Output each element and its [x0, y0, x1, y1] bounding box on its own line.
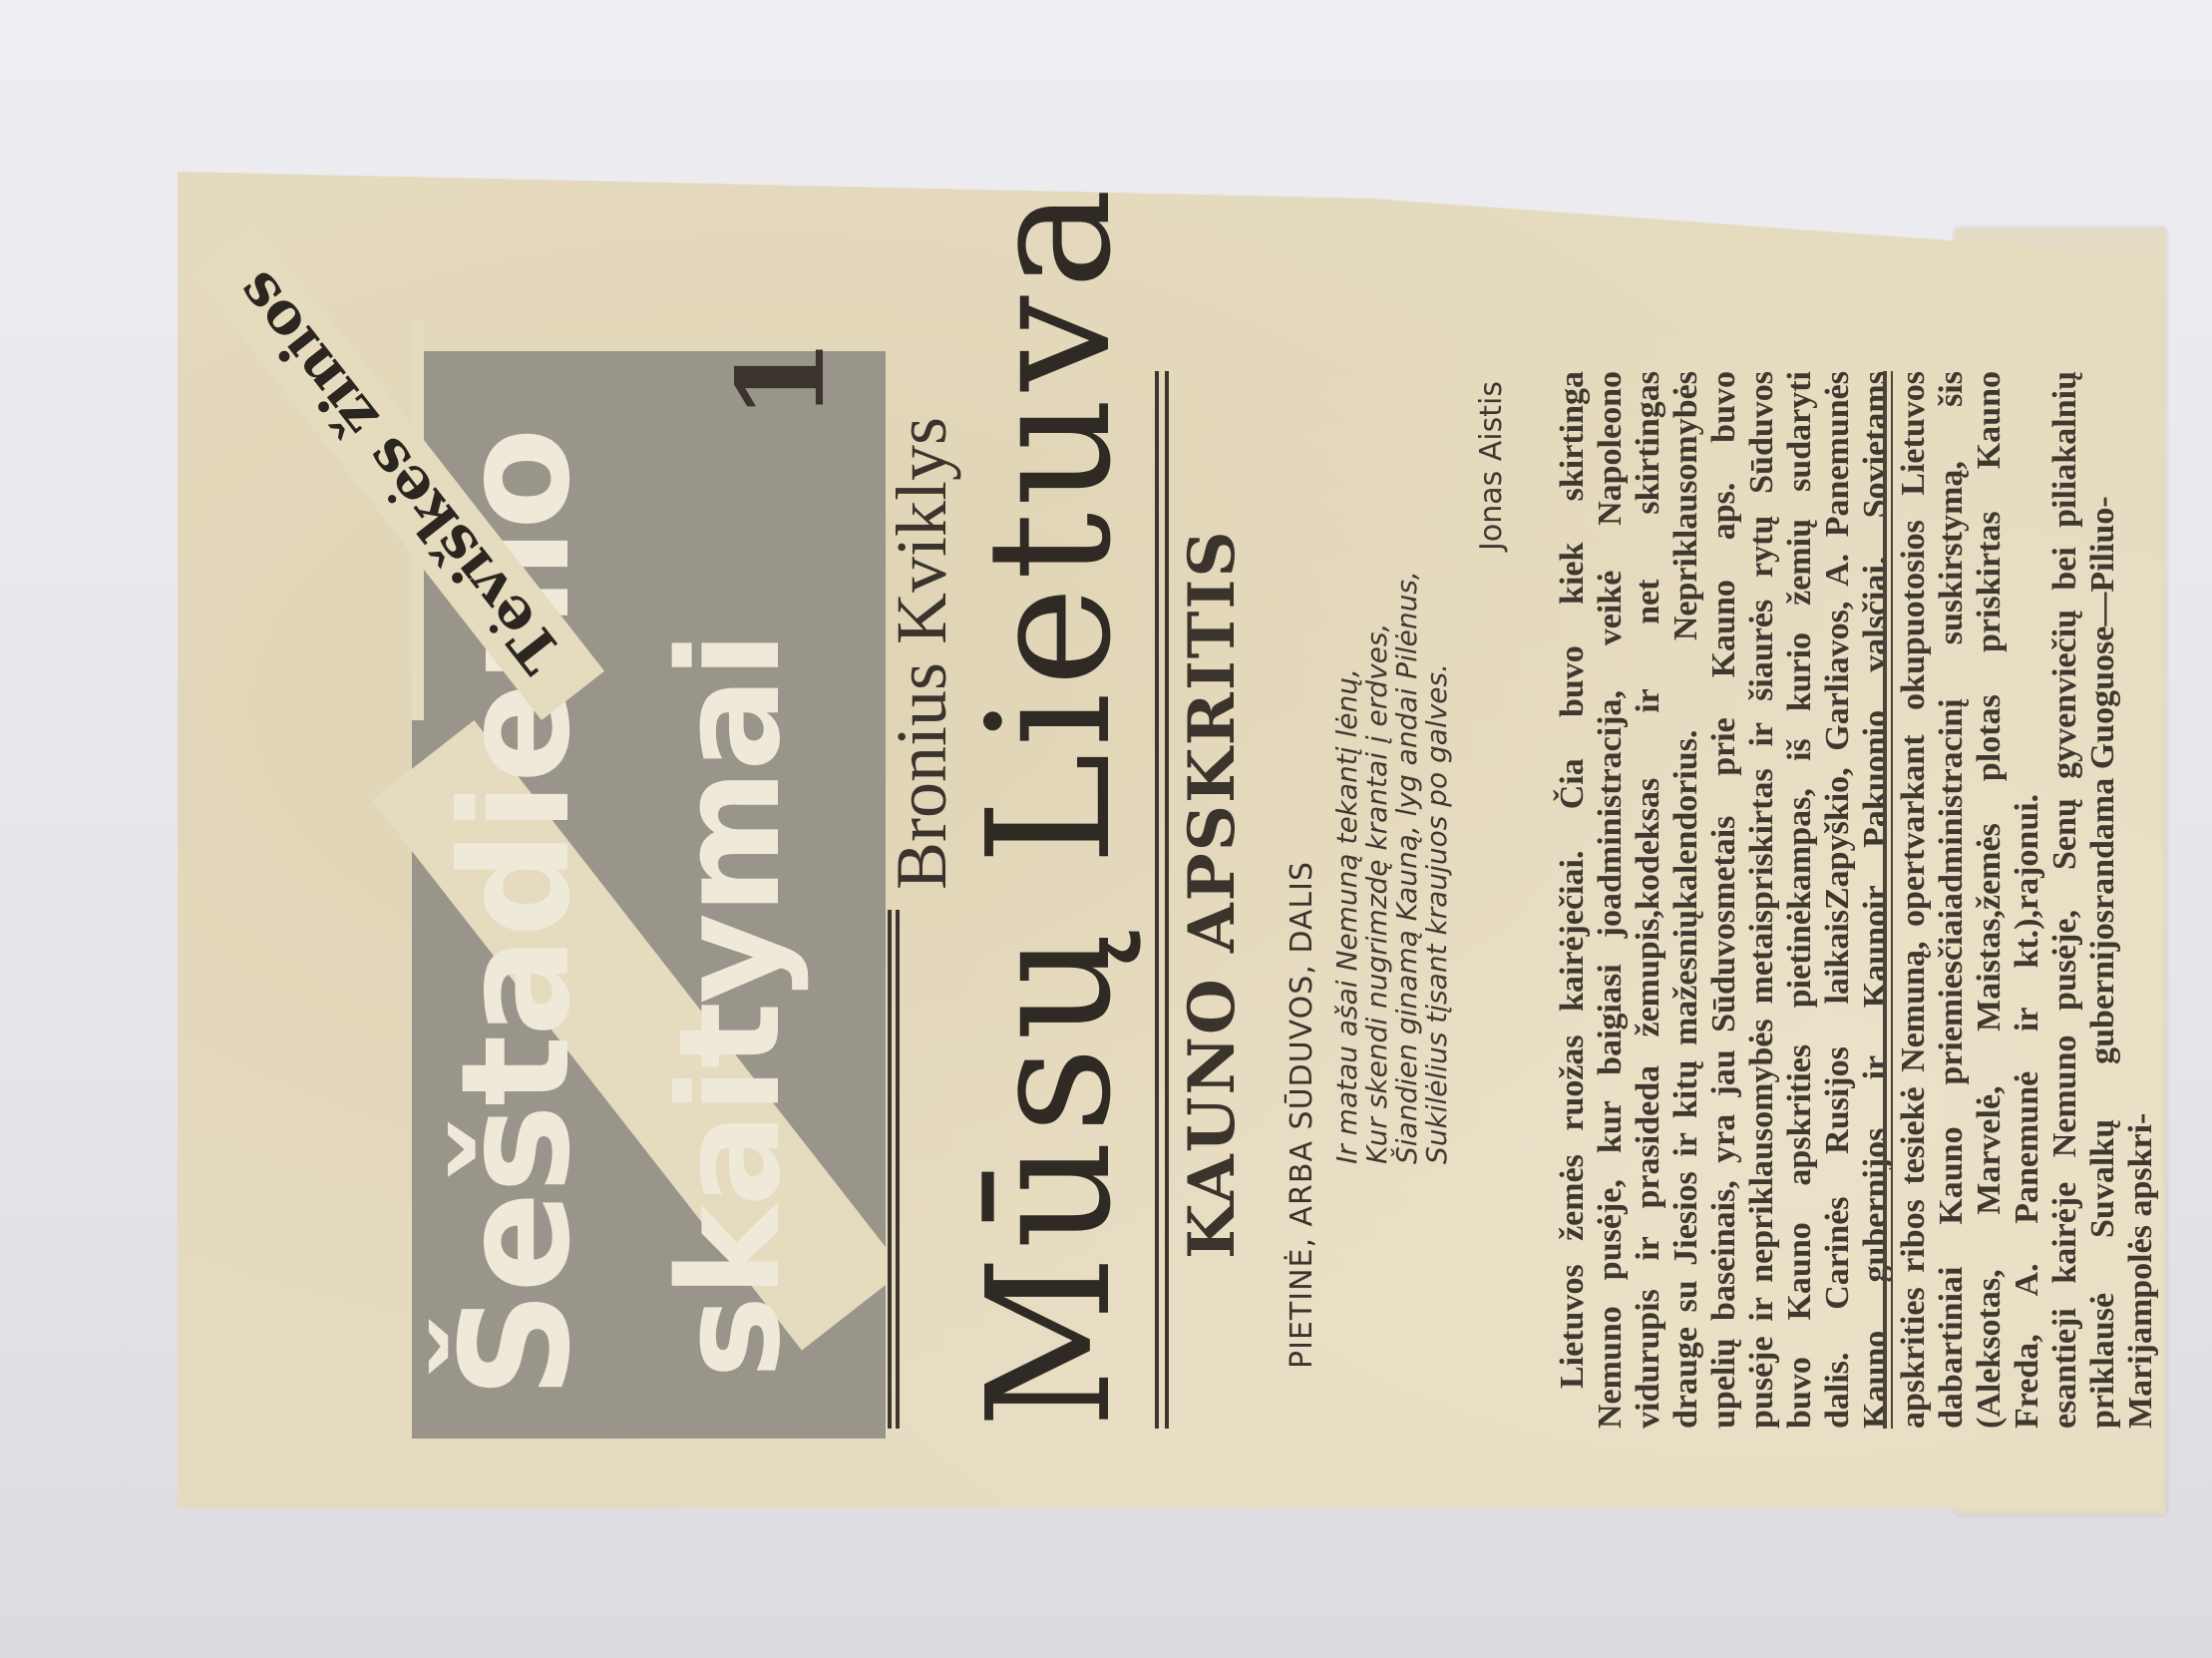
paragraph: Lietuvos žemės ruožas kairėje Nemuno pus…	[1554, 910, 2160, 1429]
headline-rule-top-1	[888, 910, 892, 1429]
article-column-2: čiai. Čia buvo kiek skirtinga administra…	[1554, 371, 2122, 910]
epigraph-line: Ir matau ašai Nemuną tekantį lėnų,	[1332, 571, 1362, 1164]
section-subhead: PIETINĖ, ARBA SŪDUVOS, DALIS	[1285, 861, 1319, 1369]
masthead-title-line2: skaitymai	[661, 633, 801, 1379]
epigraph-author: Jonas Aistis	[1474, 381, 1509, 551]
headline-rule-bottom-2	[1165, 371, 1169, 1429]
issue-number: 1	[711, 338, 852, 422]
epigraph-line: Sukilėlius tįsant kraujuos po galves.	[1422, 571, 1452, 1164]
page-content: Šeštadienio skaitymai Tėviškės žinios 1 …	[178, 172, 2162, 1508]
column-end-rule-2	[1891, 371, 1893, 1429]
epigraph: Ir matau ašai Nemuną tekantį lėnų, Kur s…	[1332, 571, 1452, 1164]
paragraph: čiai. Čia buvo kiek skirtinga administra…	[1554, 371, 2046, 910]
epigraph-line: Šiandien ginamą Kauną, lyg andai Pilėnus…	[1392, 571, 1422, 1164]
epigraph-line: Kur skendi nugrimzdę krantai į erdves,	[1362, 571, 1392, 1164]
headline-rule-top-2	[896, 910, 900, 1429]
paragraph: Senų gyvenviečių bei piliakalnių randama…	[2046, 371, 2122, 910]
article-headline: Mūsų Lietuva	[965, 183, 1135, 1429]
article-column-1: Lietuvos žemės ruožas kairėje Nemuno pus…	[1554, 910, 2160, 1429]
headline-rule-bottom-1	[1155, 371, 1159, 1429]
masthead: Šeštadienio skaitymai Tėviškės žinios 1	[412, 351, 886, 1439]
column-end-rule-1	[1883, 371, 1887, 1429]
section-title: KAUNO APSKRITIS	[1175, 529, 1250, 1259]
